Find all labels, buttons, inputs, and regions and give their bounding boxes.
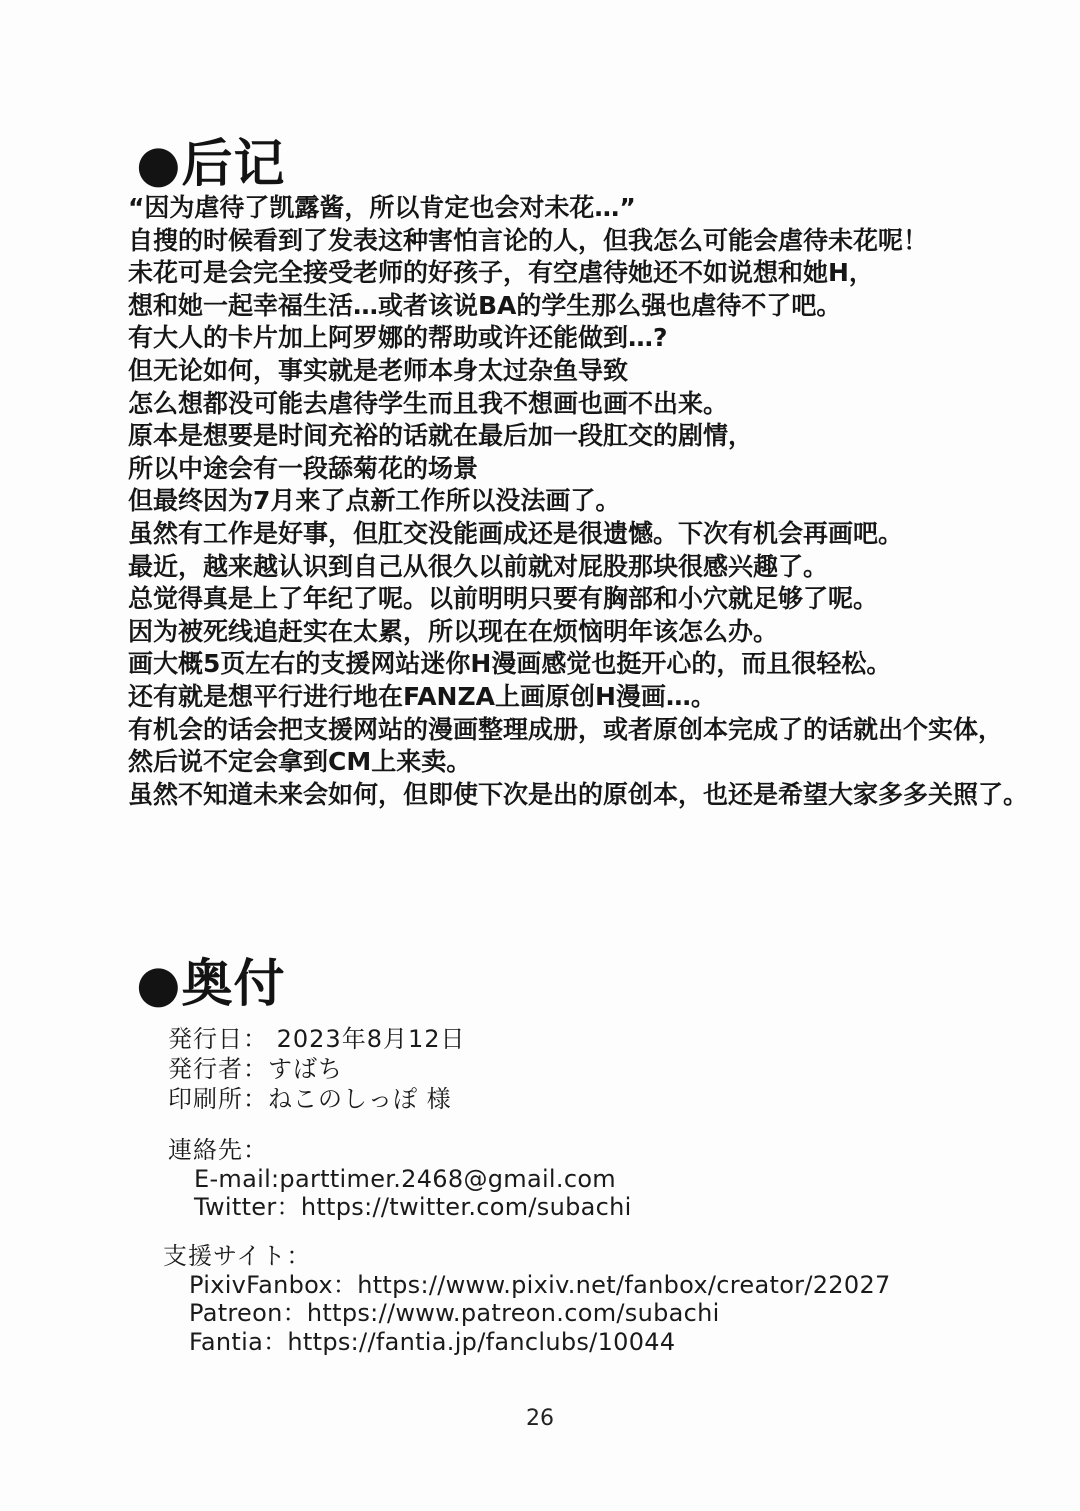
support-site-line: Patreon：https://www.patreon.com/subachi <box>189 1299 891 1328</box>
contact-items: E-mail:parttimer.2468@gmail.comTwitter：h… <box>168 1165 632 1222</box>
afterword-text-line: “因为虐待了凯露酱，所以肯定也会对未花…” <box>128 192 1058 225</box>
page-number: 26 <box>0 1406 1080 1431</box>
colophon-heading: ●奥付 <box>136 942 286 1016</box>
afterword-text-line: 还有就是想平行进行地在FANZA上画原创H漫画…。 <box>128 681 1058 714</box>
afterword-text-line: 未花可是会完全接受老师的好孩子，有空虐待她还不如说想和她H， <box>128 257 1058 290</box>
publication-line: 印刷所：ねこのしっぽ 様 <box>168 1084 466 1114</box>
afterword-text-line: 想和她一起幸福生活…或者该说BA的学生那么强也虐待不了吧。 <box>128 290 1058 323</box>
afterword-text-line: 但无论如何，事实就是老师本身太过杂鱼导致 <box>128 355 1058 388</box>
document-page: ●后记 “因为虐待了凯露酱，所以肯定也会对未花…”自搜的时候看到了发表这种害怕言… <box>0 0 1080 1511</box>
afterword-text-line: 虽然有工作是好事，但肛交没能画成还是很遗憾。下次有机会再画吧。 <box>128 518 1058 551</box>
publication-info: 発行日： 2023年8月12日発行者：すばち印刷所：ねこのしっぽ 様 <box>168 1024 466 1114</box>
afterword-text-line: 总觉得真是上了年纪了呢。以前明明只要有胸部和小穴就足够了呢。 <box>128 583 1058 616</box>
afterword-text-line: 怎么想都没可能去虐待学生而且我不想画也画不出来。 <box>128 388 1058 421</box>
publication-line: 発行日： 2023年8月12日 <box>168 1024 466 1054</box>
contact-line: E-mail:parttimer.2468@gmail.com <box>194 1165 632 1194</box>
afterword-text-line: 最近，越来越认识到自己从很久以前就对屁股那块很感兴趣了。 <box>128 551 1058 584</box>
afterword-text-line: 虽然不知道未来会如何，但即使下次是出的原创本，也还是希望大家多多关照了。 <box>128 779 1058 812</box>
support-site-line: PixivFanbox：https://www.pixiv.net/fanbox… <box>189 1271 891 1300</box>
afterword-text-line: 有大人的卡片加上阿罗娜的帮助或许还能做到…? <box>128 322 1058 355</box>
afterword-text-line: 但最终因为7月来了点新工作所以没法画了。 <box>128 485 1058 518</box>
afterword-text-line: 因为被死线追赶实在太累，所以现在在烦恼明年该怎么办。 <box>128 616 1058 649</box>
support-site-items: PixivFanbox：https://www.pixiv.net/fanbox… <box>163 1271 891 1357</box>
afterword-text-line: 自搜的时候看到了发表这种害怕言论的人，但我怎么可能会虐待未花呢！ <box>128 225 1058 258</box>
afterword-text-line: 所以中途会有一段舔菊花的场景 <box>128 453 1058 486</box>
afterword-text-line: 有机会的话会把支援网站的漫画整理成册，或者原创本完成了的话就出个实体， <box>128 714 1058 747</box>
afterword-text-line: 原本是想要是时间充裕的话就在最后加一段肛交的剧情， <box>128 420 1058 453</box>
support-sites-section: 支援サイト： PixivFanbox：https://www.pixiv.net… <box>163 1242 891 1356</box>
publication-line: 発行者：すばち <box>168 1054 466 1084</box>
afterword-heading: ●后记 <box>136 122 286 196</box>
afterword-text-line: 然后说不定会拿到CM上来卖。 <box>128 746 1058 779</box>
afterword-body: “因为虐待了凯露酱，所以肯定也会对未花…”自搜的时候看到了发表这种害怕言论的人，… <box>128 192 1058 811</box>
afterword-text-line: 画大概5页左右的支援网站迷你H漫画感觉也挺开心的，而且很轻松。 <box>128 648 1058 681</box>
contact-line: Twitter：https://twitter.com/subachi <box>194 1193 632 1222</box>
contact-label: 連絡先： <box>168 1136 632 1165</box>
contact-section: 連絡先： E-mail:parttimer.2468@gmail.comTwit… <box>168 1136 632 1222</box>
support-sites-label: 支援サイト： <box>163 1242 891 1271</box>
support-site-line: Fantia：https://fantia.jp/fanclubs/10044 <box>189 1328 891 1357</box>
